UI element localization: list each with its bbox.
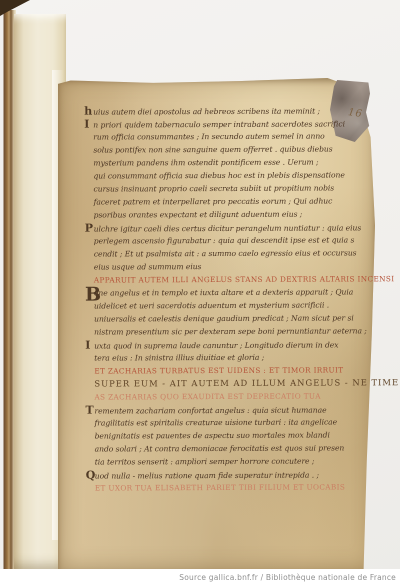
manuscript-line: Iuxta quod in suprema laude canuntur ; L…: [96, 337, 348, 351]
manuscript-line: cursus insinuant proprio caeli secreta s…: [95, 181, 347, 195]
manuscript-line: rum officia consummantes ; In secundo au…: [95, 129, 347, 143]
manuscript-line: In priori quidem tabernaculo semper intr…: [95, 116, 347, 130]
manuscript-line: benignitatis est pauentes de aspectu suo…: [97, 428, 349, 442]
line-text: rementem zachariam confortat angelus : q…: [94, 406, 326, 416]
manuscript-line: Apparuit autem illi angelus stans ad dex…: [96, 272, 348, 286]
footer-bar: Source gallica.bnf.fr / Bibliothèque nat…: [0, 569, 400, 586]
marginal-initial: I: [85, 339, 94, 352]
manuscript-line: perlegem ascensio figurabatur : quia qui…: [96, 233, 348, 247]
manuscript-line: as zacharias quo exaudita est deprecatio…: [96, 389, 348, 403]
manuscript-line: Et zacharias turbatus est uidens : Et ti…: [96, 363, 348, 377]
manuscript-line: tia territos senserit : ampliori semper …: [97, 454, 349, 468]
line-text: benignitatis est pauentes de aspectu suo…: [95, 431, 330, 441]
source-credit: Source gallica.bnf.fr / Bibliothèque nat…: [179, 573, 400, 582]
manuscript-line: solus pontifex non sine sanguine quem of…: [95, 142, 347, 156]
line-text: uniuersalis et caelestis denique gaudium…: [94, 313, 354, 323]
manuscript-line: uidelicet et ueri sacerdotis aduentum et…: [96, 298, 348, 312]
line-text: tera eius : In sinistra illius diuitiae …: [94, 353, 264, 363]
line-text: ando solari ; At contra demoniacae feroc…: [95, 443, 345, 453]
manuscript-line: fragilitatis est spiritalis creaturae ui…: [97, 415, 349, 429]
manuscript-line: nistram presentium sic per dexteram sepe…: [96, 324, 348, 338]
line-text: fragilitatis est spiritalis creaturae ui…: [95, 417, 338, 427]
manuscript-line: eius usque ad summum eius: [96, 259, 348, 273]
marginal-initial: Q: [86, 469, 95, 482]
marginal-initial: B: [85, 289, 94, 302]
manuscript-line: Et uxor tua elisabeth pariet tibi filium…: [97, 480, 349, 494]
line-text: uod nulla - melius ratione quam fide sup…: [95, 471, 319, 481]
marginal-initial: P: [85, 222, 94, 235]
line-text: uidelicet et ueri sacerdotis aduentum et…: [94, 301, 329, 311]
line-text: ene angelus et in templo et iuxta altare…: [94, 287, 353, 297]
manuscript-line: Pulchre igitur caeli dies certus dicitur…: [96, 220, 348, 234]
line-text: psoribus orantes expectant et diligunt a…: [94, 210, 303, 220]
manuscript-photo: 16 huius autem diei apostolus ad hebreos…: [0, 0, 400, 586]
marginal-initial: h: [84, 105, 93, 118]
line-text: cursus insinuant proprio caeli secreta s…: [93, 184, 334, 194]
line-text: mysterium pandens ihm ostendit pontifice…: [93, 158, 318, 168]
manuscript-line: Super eum - Ait autem ad illum angelus -…: [96, 376, 348, 390]
line-text: Super eum - Ait autem ad illum angelus -…: [94, 377, 399, 388]
manuscript-line: cendit ; Et ut psalmista ait : a summo c…: [96, 246, 348, 260]
manuscript-line: Quod nulla - melius ratione quam fide su…: [97, 467, 349, 481]
line-text: solus pontifex non sine sanguine quem of…: [93, 145, 332, 155]
folio-number: 16: [347, 107, 363, 120]
line-text: perlegem ascensio figurabatur : quia qui…: [94, 235, 355, 245]
line-text: as zacharias quo exaudita est deprecatio…: [94, 392, 320, 402]
line-text: eius usque ad summum eius: [94, 262, 202, 271]
line-text: faceret patrem et interpellaret pro pecc…: [94, 197, 333, 207]
line-text: Apparuit autem illi angelus stans ad dex…: [94, 274, 395, 284]
line-text: qui consummant officia sua diebus hoc es…: [93, 170, 344, 180]
manuscript-line: psoribus orantes expectant et diligunt a…: [96, 207, 348, 221]
manuscript-line: Trementem zachariam confortat angelus : …: [96, 402, 348, 416]
line-text: tia territos senserit : ampliori semper …: [95, 457, 315, 467]
manuscript-line: mysterium pandens ihm ostendit pontifice…: [95, 155, 347, 169]
manuscript-line: ando solari ; At contra demoniacae feroc…: [97, 441, 349, 455]
line-text: uxta quod in suprema laude canuntur ; Lo…: [94, 340, 338, 350]
marginal-initial: T: [85, 404, 94, 417]
line-text: Et zacharias turbatus est uidens : Et ti…: [94, 365, 343, 375]
line-text: ulchre igitur caeli dies certus dicitur …: [94, 223, 362, 233]
marginal-initial: I: [84, 118, 93, 131]
line-text: uius autem diei apostolus ad hebreos scr…: [93, 107, 320, 117]
line-text: nistram presentium sic per dexteram sepe…: [94, 326, 367, 336]
line-text: cendit ; Et ut psalmista ait : a summo c…: [94, 248, 357, 258]
manuscript-line: faceret patrem et interpellaret pro pecc…: [96, 194, 348, 208]
line-text: rum officia consummantes ; In secundo au…: [93, 132, 324, 142]
manuscript-line: uniuersalis et caelestis denique gaudium…: [96, 311, 348, 325]
manuscript-line: tera eius : In sinistra illius diuitiae …: [96, 350, 348, 364]
manuscript-line: Bene angelus et in templo et iuxta altar…: [96, 285, 348, 299]
text-block: huius autem diei apostolus ad hebreos sc…: [95, 103, 349, 494]
manuscript-line: huius autem diei apostolus ad hebreos sc…: [95, 103, 347, 117]
line-text: Et uxor tua elisabeth pariet tibi filium…: [95, 482, 345, 492]
manuscript-line: qui consummant officia sua diebus hoc es…: [95, 168, 347, 182]
line-text: n priori quidem tabernaculo semper intra…: [93, 119, 345, 129]
